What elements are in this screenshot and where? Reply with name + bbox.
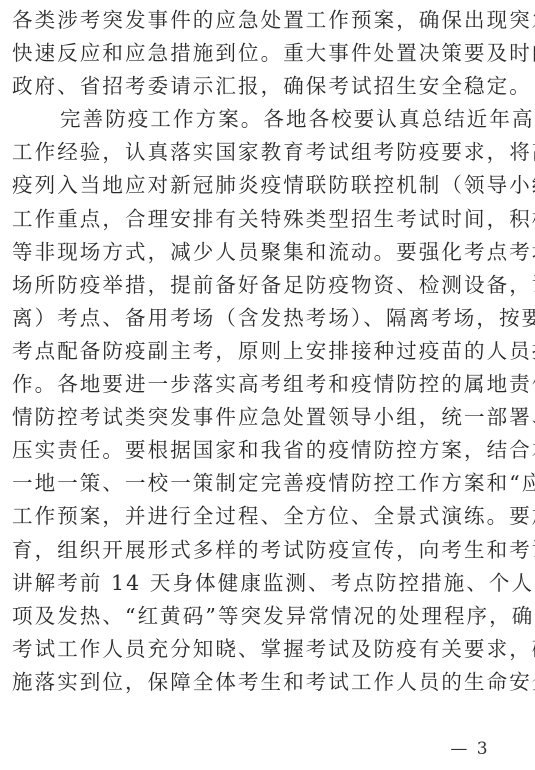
text-line: 离）考点、备用考场（含发热考场）、隔离考场，按要求为每个 [12,302,510,335]
paragraph-heading-line: 完善防疫工作方案。各地各校要认真总结近年高考组考防疫 [12,103,510,136]
text-line: 一地一策、一校一策制定完善疫情防控工作方案和“应考尽考” [12,467,510,500]
page-number: — 3 — [440,737,500,761]
text-line: 工作重点，合理安排有关特殊类型招生考试时间，积极采取线上 [12,203,510,236]
text-line: 压实责任。要根据国家和我省的疫情防控方案，结合本地实际， [12,434,510,467]
text-line: 项及发热、“红黄码”等突发异常情况的处理程序，确保考生和 [12,600,510,633]
text-line: 场所防疫举措，提前备好备足防疫物资、检测设备，设置备用（隔 [12,269,510,302]
text-line: 工作经验，认真落实国家教育考试组考防疫要求，将高考组考防 [12,136,510,169]
text-line: 情防控考试类突发事件应急处置领导小组，统一部署、统一要求， [12,401,510,434]
text-line: 考点配备防疫副主考，原则上安排接种过疫苗的人员担任考务工 [12,335,510,368]
text-line: 工作预案，并进行全过程、全方位、全景式演练。要加强宣传教 [12,500,510,533]
text-line: 作。各地要进一步落实高考组考和疫情防控的属地责任，成立疫 [12,368,510,401]
text-line: 育，组织开展形式多样的考试防疫宣传，向考生和考试工作人员 [12,534,510,567]
text-line: 等非现场方式，减少人员聚集和流动。要强化考点考场、评卷等 [12,236,510,269]
text-line: 各类涉考突发事件的应急处置工作预案，确保出现突发情况后的 [12,4,510,37]
text-line: 讲解考前 14 天身体健康监测、考点防控措施、个人防护注意事 [12,567,510,600]
document-body: 各类涉考突发事件的应急处置工作预案，确保出现突发情况后的 快速反应和应急措施到位… [12,4,512,699]
text-line: 疫列入当地应对新冠肺炎疫情联防联控机制（领导小组、指挥部） [12,169,510,202]
document-page: 各类涉考突发事件的应急处置工作预案，确保出现突发情况后的 快速反应和应急措施到位… [0,0,535,770]
text-line: 快速反应和应急措施到位。重大事件处置决策要及时向当地党委 [12,37,510,70]
text-line: 施落实到位，保障全体考生和考试工作人员的生命安全和身体健 [12,666,510,699]
text-line: 考试工作人员充分知晓、掌握考试及防疫有关要求，确保各项措 [12,633,510,666]
text-line: 政府、省招考委请示汇报，确保考试招生安全稳定。 [12,70,510,103]
